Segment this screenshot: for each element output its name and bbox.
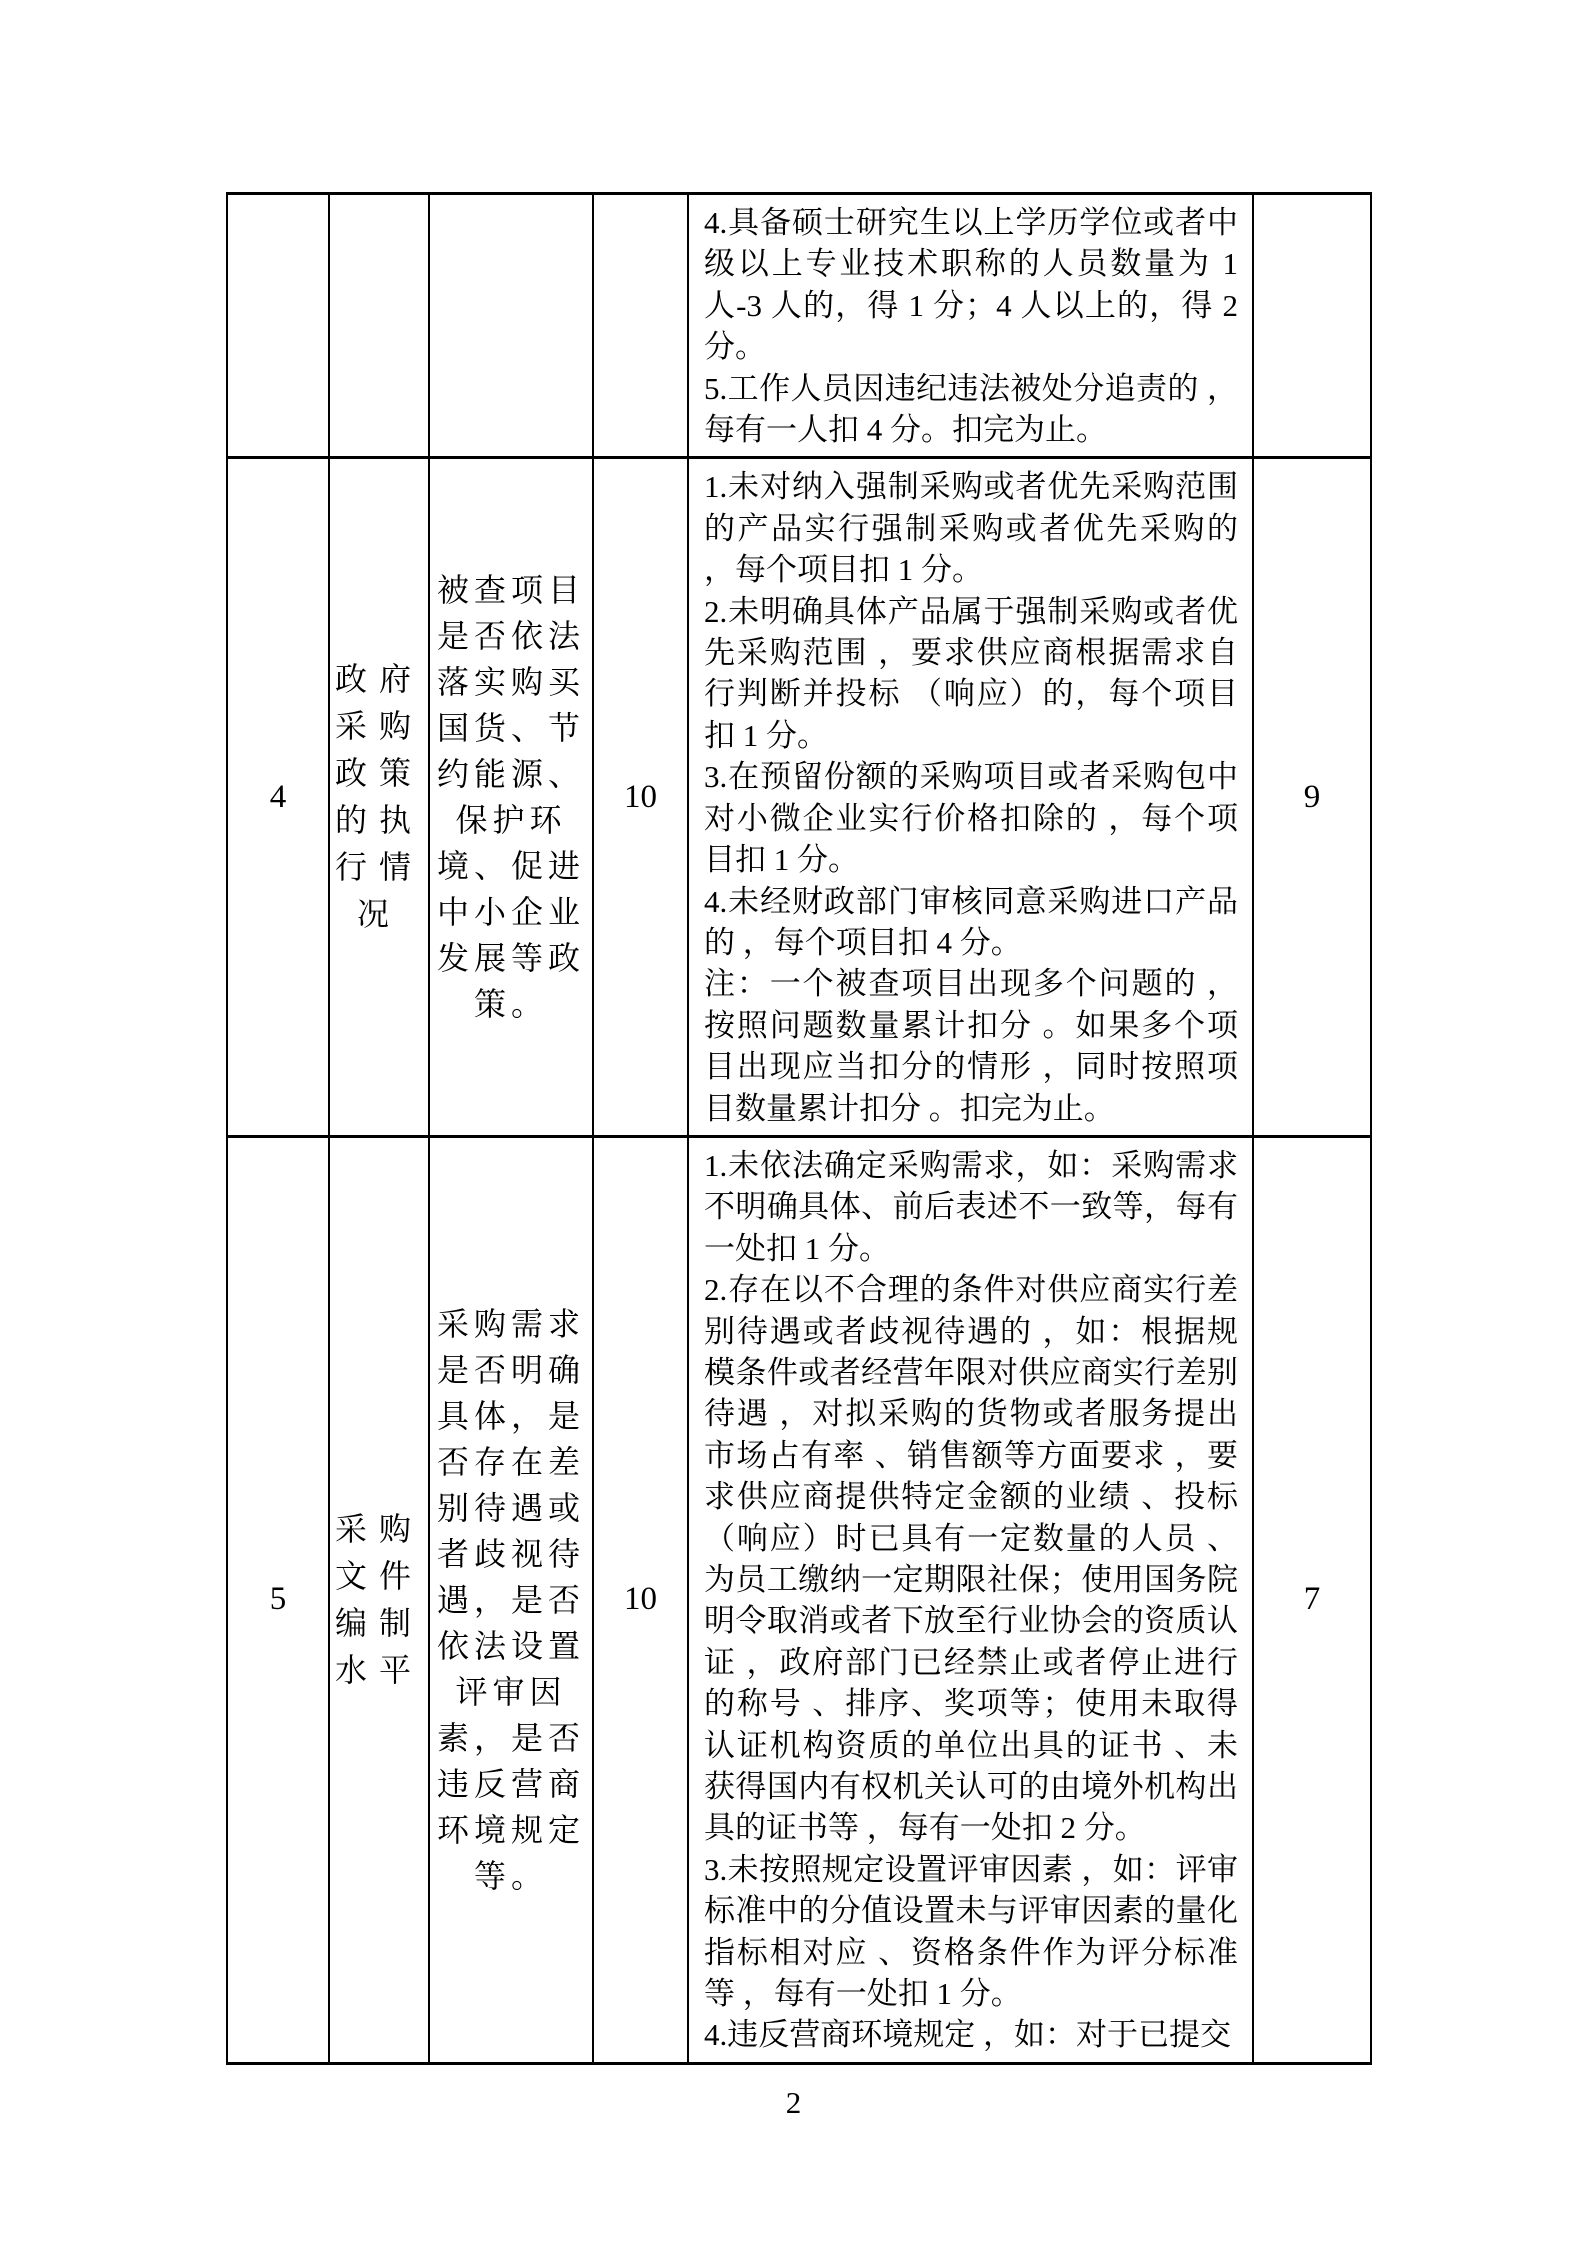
score-cell: 10 (593, 1136, 688, 2063)
category-text: 采购文件编制水平 (332, 1506, 426, 1694)
category-cell: 政府采购政策的执行情况 (329, 458, 429, 1137)
criteria-text: 1.未依法确定采购需求，如：采购需求不明确具体、前后表述不一致等，每有一处扣 1… (704, 1145, 1238, 2056)
table-row: 5 采购文件编制水平 采购需求是否明确具体，是否存在差别待遇或者歧视待遇，是否依… (227, 1136, 1371, 2063)
score-table: 4.具备硕士研究生以上学历学位或者中级以上专业技术职称的人员数量为 1 人-3 … (226, 192, 1372, 2065)
table-row: 4.具备硕士研究生以上学历学位或者中级以上专业技术职称的人员数量为 1 人-3 … (227, 194, 1371, 458)
table-row: 4 政府采购政策的执行情况 被查项目是否依法落实购买国货、节约能源、保护环境、促… (227, 458, 1371, 1137)
description-cell: 采购需求是否明确具体，是否存在差别待遇或者歧视待遇，是否依法设置评审因素，是否违… (429, 1136, 593, 2063)
description-cell: 被查项目是否依法落实购买国货、节约能源、保护环境、促进中小企业发展等政策。 (429, 458, 593, 1137)
result-cell (1253, 194, 1371, 458)
criteria-cell: 1.未依法确定采购需求，如：采购需求不明确具体、前后表述不一致等，每有一处扣 1… (688, 1136, 1253, 2063)
criteria-cell: 1.未对纳入强制采购或者优先采购范围的产品实行强制采购或者优先采购的 ，每个项目… (688, 458, 1253, 1137)
result-cell: 9 (1253, 458, 1371, 1137)
category-cell (329, 194, 429, 458)
seq-cell (227, 194, 329, 458)
page-number: 2 (0, 2085, 1587, 2121)
seq-cell: 4 (227, 458, 329, 1137)
criteria-cell: 4.具备硕士研究生以上学历学位或者中级以上专业技术职称的人员数量为 1 人-3 … (688, 194, 1253, 458)
criteria-text: 4.具备硕士研究生以上学历学位或者中级以上专业技术职称的人员数量为 1 人-3 … (704, 202, 1238, 450)
score-cell: 10 (593, 458, 688, 1137)
description-text: 采购需求是否明确具体，是否存在差别待遇或者歧视待遇，是否依法设置评审因素，是否违… (436, 1301, 586, 1899)
description-text: 被查项目是否依法落实购买国货、节约能源、保护环境、促进中小企业发展等政策。 (436, 567, 586, 1027)
seq-cell: 5 (227, 1136, 329, 2063)
description-cell (429, 194, 593, 458)
result-cell: 7 (1253, 1136, 1371, 2063)
category-cell: 采购文件编制水平 (329, 1136, 429, 2063)
criteria-text: 1.未对纳入强制采购或者优先采购范围的产品实行强制采购或者优先采购的 ，每个项目… (704, 466, 1238, 1129)
score-cell (593, 194, 688, 458)
category-text: 政府采购政策的执行情况 (332, 656, 426, 938)
